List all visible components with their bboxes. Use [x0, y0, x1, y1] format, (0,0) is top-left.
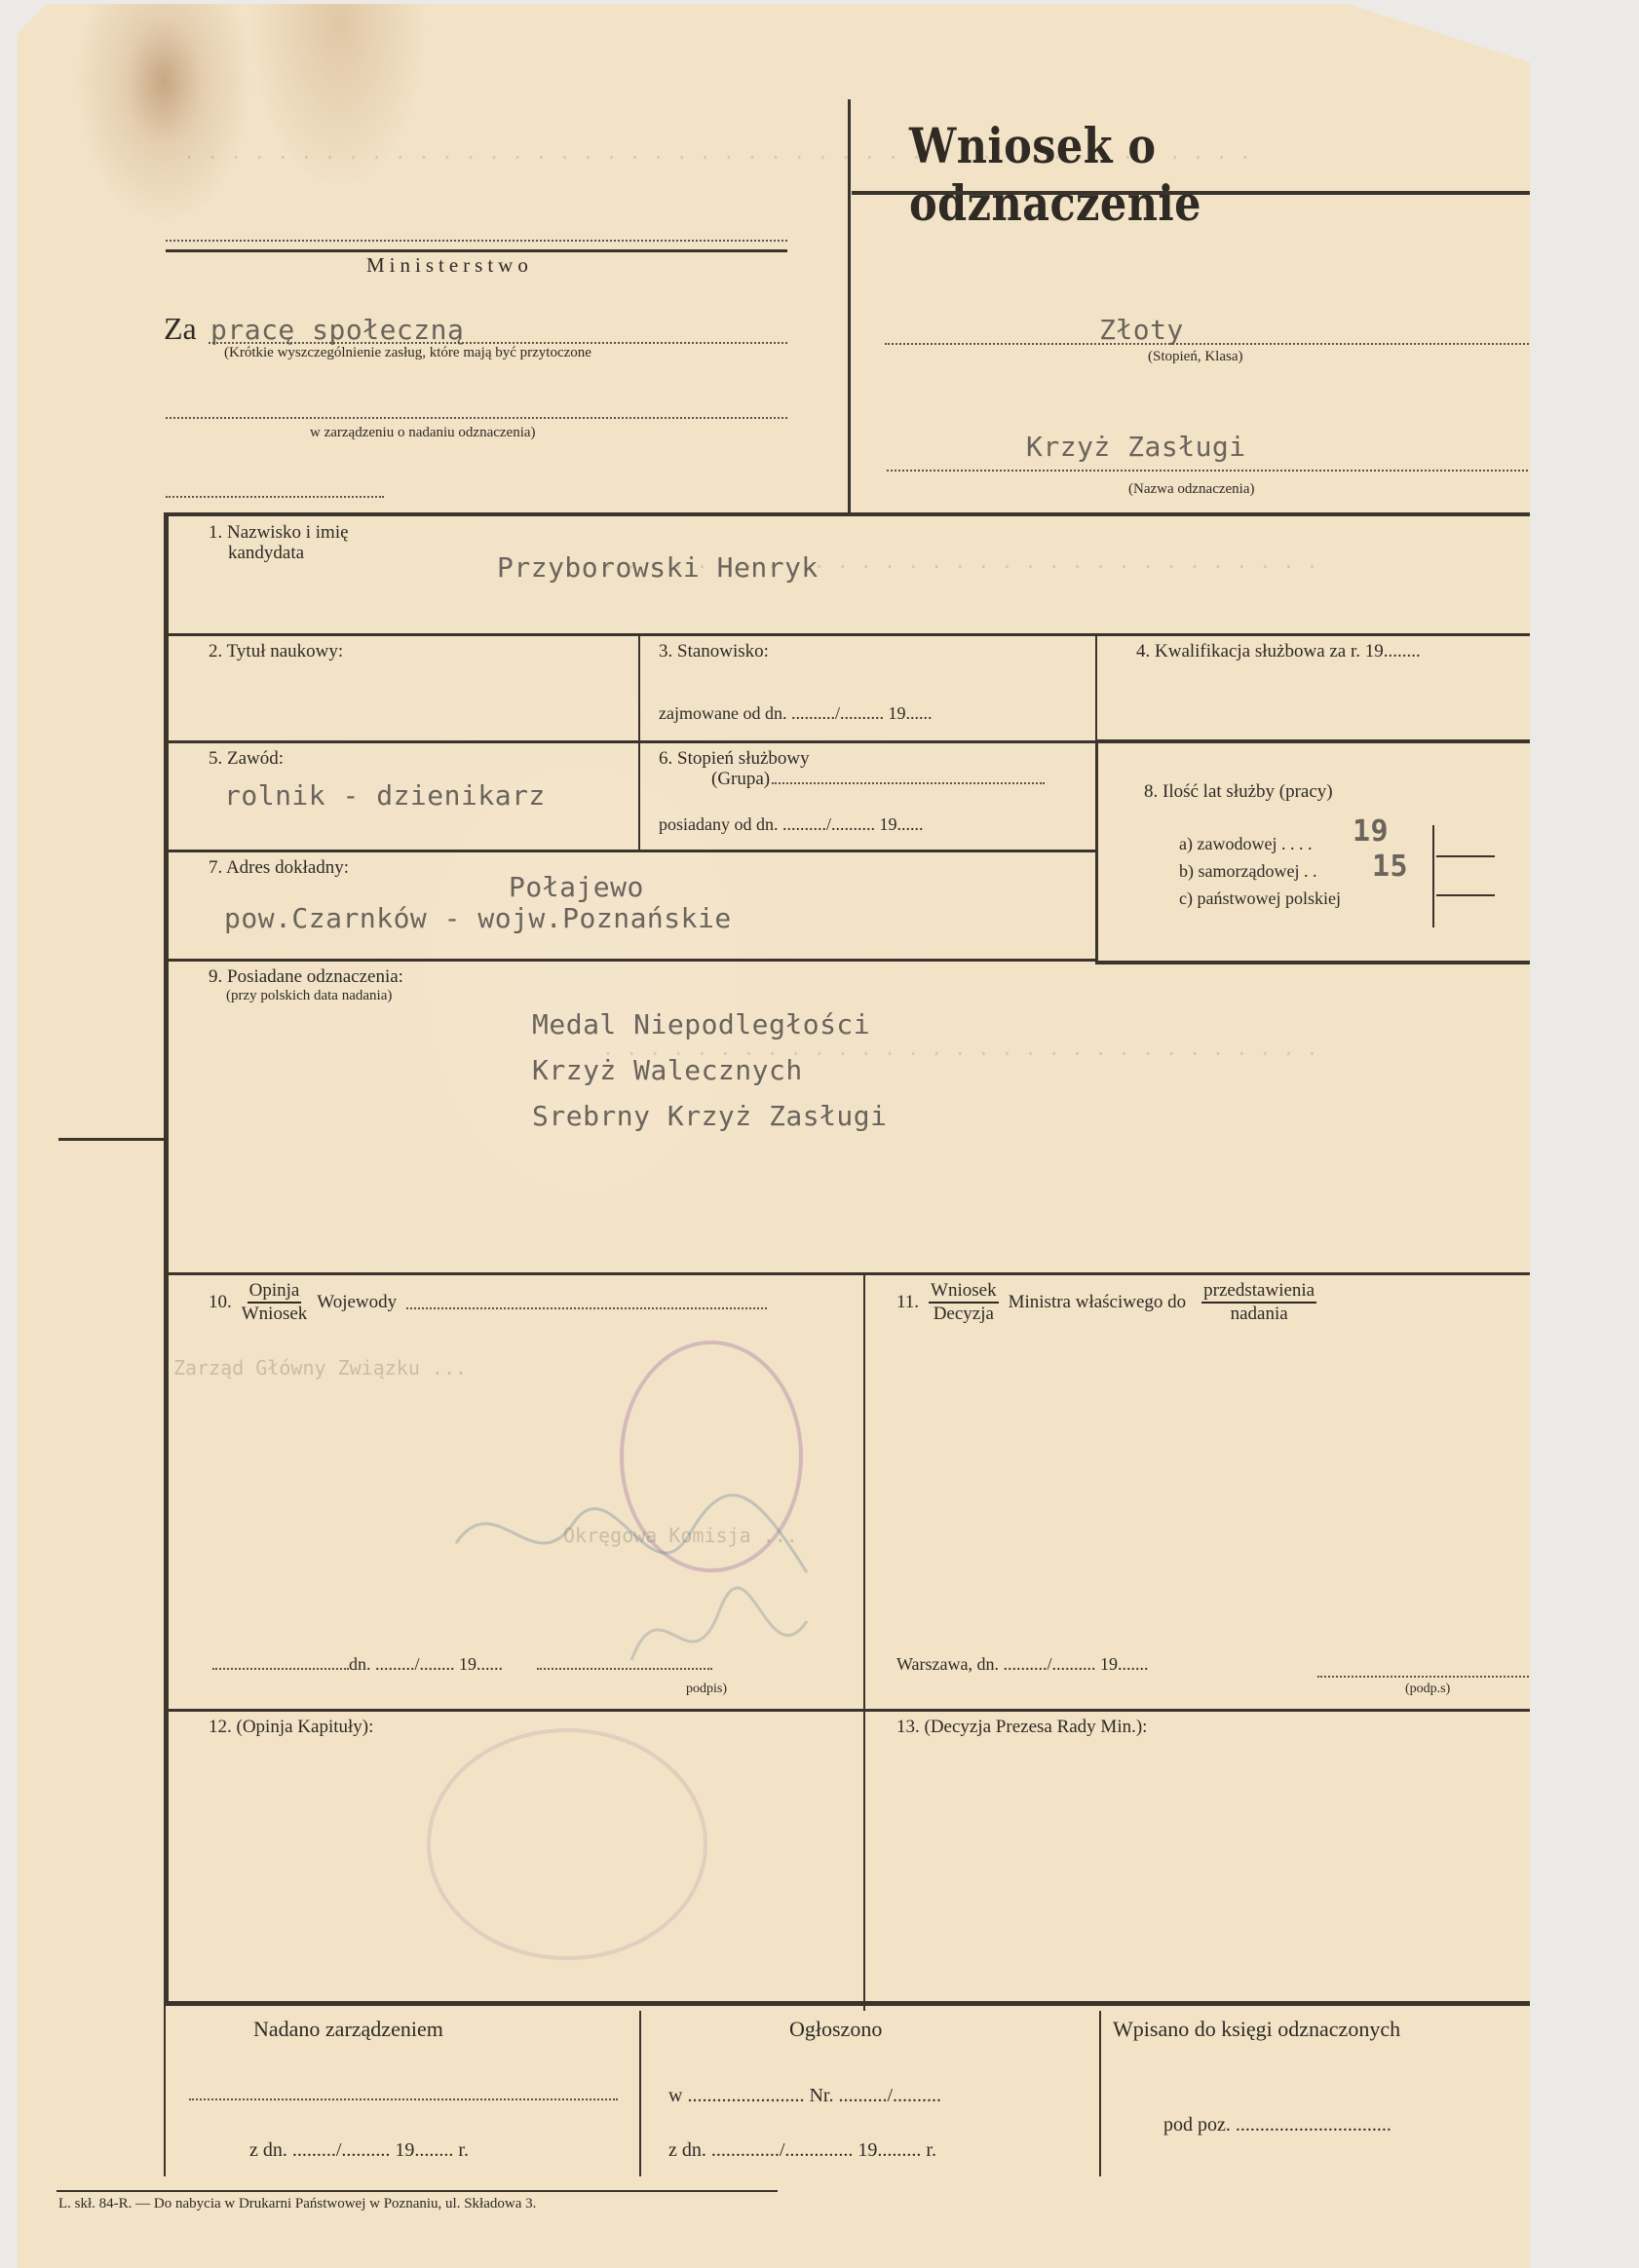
row-divider: [169, 633, 1542, 636]
decoration-hint: (Nazwa odznaczenia): [1128, 481, 1255, 498]
stamp-text-bleed: Zarząd Główny Związku ...: [173, 1356, 467, 1380]
field-8-tally-line: [1432, 825, 1434, 927]
decorations-list[interactable]: Medal Niepodległości Krzyż Walecznych Sr…: [411, 1002, 888, 1139]
footer-col-divider: [1099, 2011, 1101, 2176]
form-sheet: . . . . . . . . . . . . . . . . . . . . …: [18, 4, 1530, 2268]
field-3-label: 3. Stanowisko:: [659, 641, 769, 662]
field-11-fraction-2[interactable]: przedstawienianadania: [1201, 1280, 1316, 1325]
grid-top-border: [164, 512, 1542, 516]
field-1-label-line1: 1. Nazwisko i imię: [209, 522, 349, 543]
ministry-label: Ministerstwo: [366, 253, 533, 278]
address-value-line1[interactable]: Połajewo: [509, 871, 644, 903]
field-11-label: Ministra właściwego do: [1009, 1292, 1187, 1313]
field-13-label: 13. (Decyzja Prezesa Rady Min.):: [896, 1717, 1147, 1738]
profession-value[interactable]: rolnik - dzienikarz: [224, 779, 546, 812]
announced-where[interactable]: w ........................ Nr. .........…: [668, 2085, 941, 2107]
field-10-date[interactable]: dn. ........./........ 19......: [212, 1654, 712, 1675]
field-8a-label: a) zawodowej . . . .: [1179, 834, 1312, 854]
box-8-top: [1095, 739, 1542, 743]
col-divider: [638, 742, 640, 850]
faded-stamp: [427, 1728, 707, 1960]
decoration-dotted-line: [887, 470, 1540, 472]
footer-top-border: [164, 2001, 1542, 2006]
field-6-label: 6. Stopień służbowy (Grupa): [659, 748, 1045, 789]
registered-title: Wpisano do księgi odznaczonych: [1113, 2017, 1400, 2042]
dotted-line: [166, 496, 384, 498]
row-divider: [169, 740, 1096, 743]
imprint-rule: [57, 2190, 778, 2192]
field-10-label: Wojewody: [317, 1292, 397, 1313]
field-6-group[interactable]: (Grupa): [659, 769, 1045, 789]
field-8-label: 8. Ilość lat służby (pracy): [1144, 781, 1333, 803]
grade-value[interactable]: Złoty: [1099, 314, 1184, 346]
announced-title: Ogłoszono: [789, 2017, 882, 2042]
field-8-tally-mark: [1436, 894, 1495, 896]
field-5-label: 5. Zawód:: [209, 748, 284, 770]
dotted-line: [166, 240, 787, 242]
field-8b-label: b) samorządowej . .: [1179, 861, 1316, 882]
address-value-line2[interactable]: pow.Czarnków - wojw.Poznańskie: [224, 902, 732, 934]
field-11-num: 11.: [896, 1292, 919, 1313]
row-divider: [169, 959, 1096, 962]
field-9-label: 9. Posiadane odznaczenia:: [209, 966, 403, 988]
field-11-signature-line[interactable]: [1317, 1676, 1540, 1678]
form-title: Wniosek o odznaczenie: [909, 117, 1443, 232]
field-1-label-line2: kandydata: [209, 543, 349, 563]
field-10-fraction[interactable]: OpinjaWniosek: [242, 1280, 308, 1325]
field-10-signature-hint: podpis): [686, 1682, 727, 1697]
merit-hint-2: w zarządzeniu o nadaniu odznaczenia): [310, 425, 536, 441]
grade-dotted-line: [885, 343, 1540, 345]
box-8-bottom: [1095, 961, 1542, 964]
field-7-label: 7. Adres dokładny:: [209, 857, 349, 879]
field-3-since[interactable]: zajmowane od dn. ........../.......... 1…: [659, 703, 932, 724]
section-divider: [169, 1272, 1542, 1275]
footer-left-border: [164, 2001, 166, 2176]
field-11-fraction[interactable]: WniosekDecyzja: [929, 1280, 999, 1325]
col-divider: [1095, 635, 1097, 742]
section-divider: [169, 1709, 1542, 1712]
granted-title: Nadano zarządzeniem: [253, 2017, 443, 2042]
field-6-label-line1: 6. Stopień służbowy: [659, 748, 1045, 769]
grade-hint: (Stopień, Klasa): [1148, 349, 1242, 365]
decoration-value[interactable]: Krzyż Zasługi: [1026, 431, 1246, 463]
printer-imprint: L. skł. 84-R. — Do nabycia w Drukarni Pa…: [58, 2196, 536, 2212]
field-10-header: 10. OpinjaWniosek Wojewody: [209, 1280, 767, 1325]
row-divider: [169, 850, 1096, 852]
merit-dotted-line: [209, 342, 787, 344]
registered-position[interactable]: pod poz. ...............................…: [1163, 2114, 1391, 2136]
merit-hint: (Krótkie wyszczególnienie zasług, które …: [224, 345, 591, 361]
field-11-header: 11. WniosekDecyzja Ministra właściwego d…: [896, 1280, 1316, 1325]
field-8-tally-mark: [1436, 855, 1495, 857]
granted-date[interactable]: z dn. ........./.......... 19........ r.: [249, 2139, 469, 2162]
opinion-col-divider: [863, 1274, 865, 2011]
decoration-item: Medal Niepodległości: [411, 1002, 888, 1047]
field-12-label: 12. (Opinja Kapituły):: [209, 1717, 373, 1738]
merit-dotted-line-2: [166, 417, 787, 419]
fold-tick: [58, 1138, 166, 1141]
field-9-hint: (przy polskich data nadania): [226, 988, 392, 1004]
announced-date[interactable]: z dn. ............../.............. 19..…: [668, 2139, 936, 2162]
candidate-name-value[interactable]: Przyborowski Henryk: [497, 551, 819, 584]
divider: [166, 249, 787, 252]
field-4-label[interactable]: 4. Kwalifikacja służbowa za r. 19.......…: [1136, 641, 1421, 662]
za-prefix: Za: [164, 311, 197, 347]
title-underline: [852, 191, 1540, 195]
header-divider: [848, 99, 851, 516]
field-11-signature-hint: (podp.s): [1405, 1682, 1450, 1697]
footer-col-divider: [639, 2011, 641, 2176]
field-8b-value[interactable]: 15: [1372, 850, 1408, 884]
granted-order-line[interactable]: [189, 2098, 618, 2100]
decoration-item: Srebrny Krzyż Zasługi: [411, 1093, 888, 1139]
field-2-label: 2. Tytuł naukowy:: [209, 641, 343, 662]
grid-left-border: [164, 512, 169, 2003]
field-10-num: 10.: [209, 1292, 232, 1313]
col-divider: [638, 635, 640, 742]
decoration-item: Krzyż Walecznych: [411, 1047, 888, 1093]
field-11-date[interactable]: Warszawa, dn. ........../.......... 19..…: [896, 1654, 1149, 1675]
field-8c-label: c) państwowej polskiej: [1179, 888, 1341, 909]
field-8a-value[interactable]: 19: [1353, 814, 1389, 849]
field-1-label: 1. Nazwisko i imię kandydata: [209, 522, 349, 563]
field-6-since[interactable]: posiadany od dn. ........../.......... 1…: [659, 814, 924, 835]
